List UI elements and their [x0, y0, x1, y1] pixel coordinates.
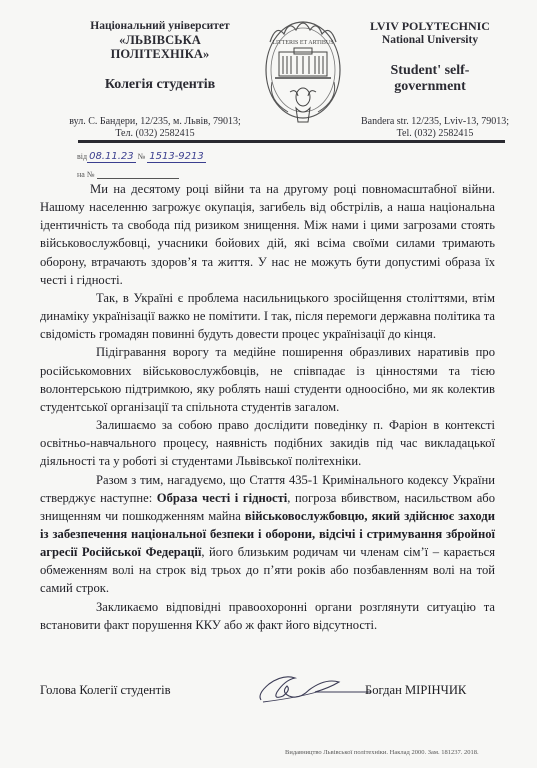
header-divider [78, 140, 505, 143]
paragraph-2: Так, в Україні є проблема насильницького… [40, 289, 495, 343]
university-name-line2-en: National University [355, 33, 505, 47]
outgoing-reference: від08.11.23 № 1513-9213 [77, 151, 206, 162]
reference-number: 1513-9213 [147, 151, 206, 163]
signatory-name: Богдан МІРІНЧИК [365, 683, 466, 698]
address-block-uk: вул. С. Бандери, 12/235, м. Львів, 79013… [55, 116, 255, 140]
university-name-line1-en: LVIV POLYTECHNIC [355, 19, 505, 33]
paragraph-4: Залишаємо за собою право дослідити повед… [40, 416, 495, 470]
from-label: від [77, 152, 87, 161]
signature-block: Голова Колегії студентів Богдан МІРІНЧИК [40, 680, 510, 710]
incoming-reference: на № [77, 170, 179, 179]
phone-en: Tel. (032) 2582415 [350, 128, 520, 140]
to-label: на № [77, 170, 94, 179]
signatory-title: Голова Колегії студентів [40, 683, 171, 698]
handwritten-signature-icon [255, 670, 375, 706]
number-label: № [138, 152, 146, 161]
letter-body: Ми на десятому році війни та на другому … [40, 180, 495, 634]
paragraph-5-bold-a: Образа честі і гідності [157, 491, 288, 505]
reference-date: 08.11.23 [87, 151, 136, 163]
university-name-line1-uk: Національний університет [70, 19, 250, 33]
university-emblem-icon: LITTERIS ET ARTIBUS [262, 12, 344, 130]
college-name-uk: Колегія студентів [70, 77, 250, 93]
blank-reference-line [97, 170, 179, 179]
letter-page: Національний університет «ЛЬВІВСЬКА ПОЛІ… [0, 0, 537, 768]
college-name-en: Student' self-government [355, 63, 505, 95]
address-en: Bandera str. 12/235, Lviv-13, 79013; [350, 116, 520, 128]
header-right-english: LVIV POLYTECHNIC National University Stu… [355, 19, 505, 95]
address-block-en: Bandera str. 12/235, Lviv-13, 79013; Tel… [350, 116, 520, 140]
print-imprint: Видавництво Львівської політехніки. Накл… [285, 749, 479, 756]
address-uk: вул. С. Бандери, 12/235, м. Львів, 79013… [55, 116, 255, 128]
header-left-ukrainian: Національний університет «ЛЬВІВСЬКА ПОЛІ… [70, 19, 250, 93]
paragraph-1: Ми на десятому році війни та на другому … [40, 180, 495, 289]
paragraph-3: Підігравання ворогу та медійне поширення… [40, 343, 495, 416]
phone-uk: Тел. (032) 2582415 [55, 128, 255, 140]
university-name-line2-uk: «ЛЬВІВСЬКА ПОЛІТЕХНІКА» [70, 33, 250, 61]
paragraph-6: Закликаємо відповідні правоохоронні орга… [40, 598, 495, 634]
paragraph-5: Разом з тим, нагадуємо, що Стаття 435-1 … [40, 471, 495, 598]
svg-text:LITTERIS ET ARTIBUS: LITTERIS ET ARTIBUS [272, 40, 333, 46]
